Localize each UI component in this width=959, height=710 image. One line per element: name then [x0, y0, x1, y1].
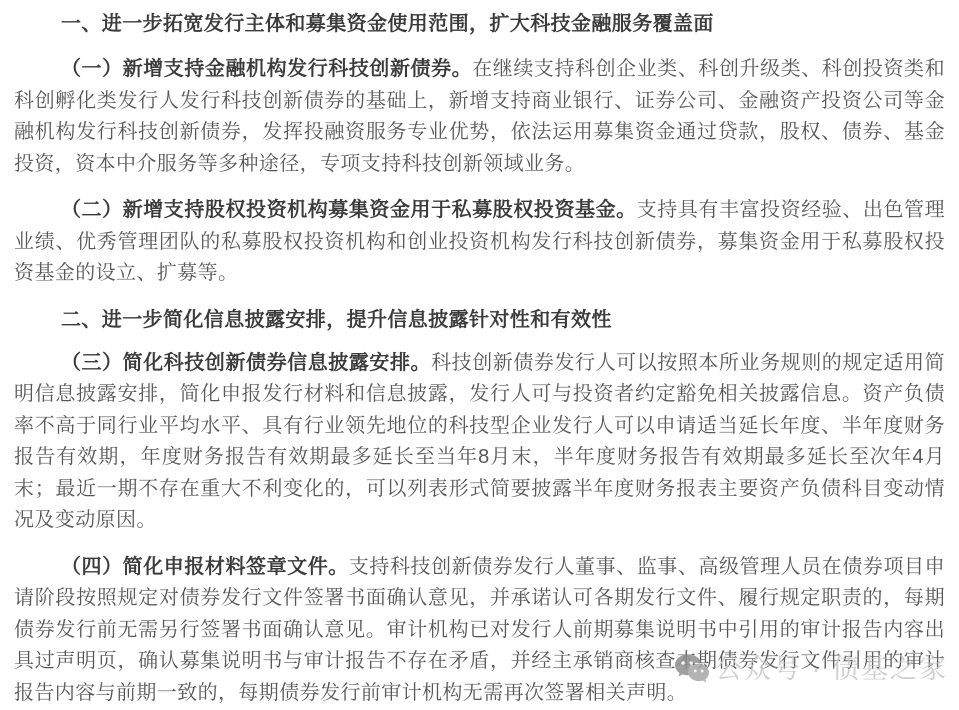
paragraph-2-lead: （二）新增支持股权投资机构募集资金用于私募股权投资基金。 [61, 199, 637, 221]
paragraph-1-lead: （一）新增支持金融机构发行科技创新债券。 [61, 58, 472, 80]
paragraph-1: （一）新增支持金融机构发行科技创新债券。在继续支持科创企业类、科创升级类、科创投… [14, 54, 945, 180]
paragraph-3: （三）简化科技创新债券信息披露安排。科技创新债券发行人可以按照本所业务规则的规定… [14, 348, 945, 537]
paragraph-3-body: 科技创新债券发行人可以按照本所业务规则的规定适用简明信息披露安排，简化申报发行材… [14, 352, 945, 532]
document-page: 一、进一步拓宽发行主体和募集资金使用范围，扩大科技金融服务覆盖面 （一）新增支持… [0, 0, 959, 710]
paragraph-2: （二）新增支持股权投资机构募集资金用于私募股权投资基金。支持具有丰富投资经验、出… [14, 195, 945, 290]
paragraph-4-lead: （四）简化申报材料签章文件。 [61, 556, 349, 578]
paragraph-3-lead: （三）简化科技创新债券信息披露安排。 [61, 352, 431, 374]
section-2-heading: 二、进一步简化信息披露安排，提升信息披露针对性和有效性 [14, 304, 945, 336]
paragraph-4: （四）简化申报材料签章文件。支持科技创新债券发行人董事、监事、高级管理人员在债券… [14, 552, 945, 710]
section-1-heading: 一、进一步拓宽发行主体和募集资金使用范围，扩大科技金融服务覆盖面 [14, 8, 945, 40]
